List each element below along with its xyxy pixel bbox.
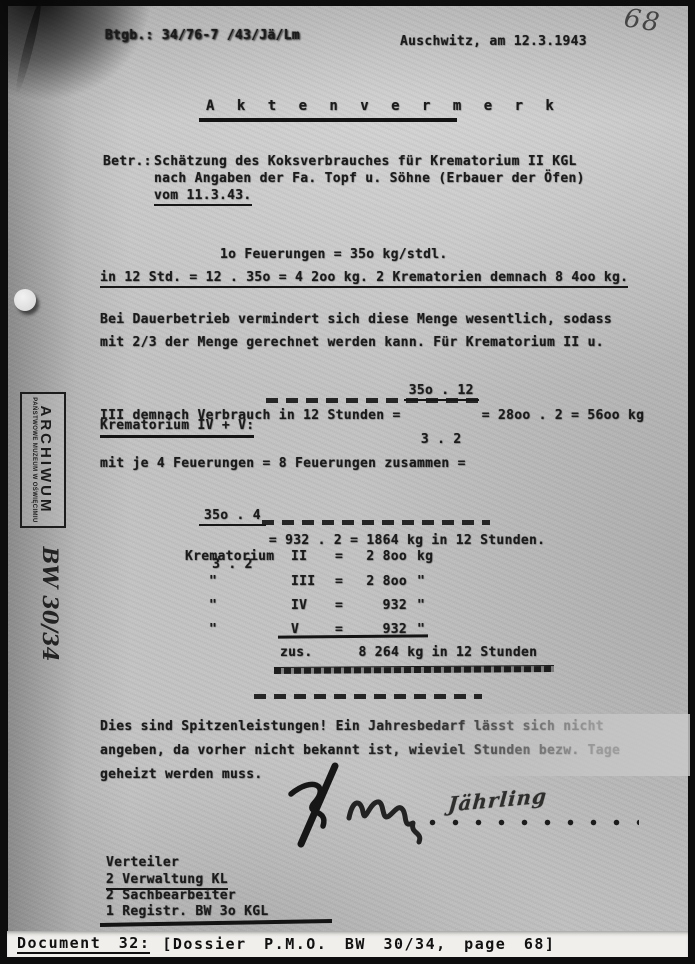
row-label: Krematorium [185, 549, 291, 564]
document-title: A k t e n v e r m e r k [206, 98, 561, 114]
registry-number: Btgb.: 34/76-7 /43/Jä/Lm [105, 28, 300, 43]
subject-line-1: Schätzung des Koksverbrauches für Kremat… [154, 154, 577, 169]
row-label-ditto: " [185, 598, 291, 613]
row-label-ditto: " [185, 622, 291, 637]
subject-line-2: nach Angaben der Fa. Topf u. Söhne (Erba… [154, 171, 585, 186]
row-unit-ditto: " [407, 574, 425, 589]
dashed-separator-1 [266, 398, 484, 403]
fraction-1-denominator: 3 . 2 [404, 431, 479, 447]
row-value: 2 8oo [357, 549, 407, 564]
caption-text: [Dossier P.M.O. BW 30/34, page 68] [162, 935, 555, 953]
calc-line-2: in 12 Std. = 12 . 35o = 4 2oo kg. 2 Krem… [100, 270, 628, 288]
sum-label: zus. [280, 645, 313, 660]
paragraph2-line-2: angeben, da vorher nicht bekannt ist, wi… [100, 743, 620, 758]
sum-row: zus. 8 264 kg in 12 Stunden [280, 645, 537, 660]
subject-label: Betr.: [103, 154, 152, 169]
table-row: " III = 2 8oo " [185, 574, 425, 589]
row-label-ditto: " [185, 574, 291, 589]
sum-double-underline [274, 665, 554, 674]
signature-dotted-line [421, 819, 639, 826]
paragraph1-line-1: Bei Dauerbetrieb vermindert sich diese M… [100, 312, 612, 327]
signature-initials-scribble [273, 762, 448, 857]
distribution-item: 1 Registr. BW 3o KGL [106, 904, 269, 919]
signature-name: Jährling [447, 784, 548, 817]
place-date-line: Auschwitz, am 12.3.1943 [400, 34, 587, 49]
distribution-item: 2 Sachbearbeiter [106, 888, 236, 903]
archive-stamp-title: ARCHIWUM [38, 406, 55, 515]
section2-heading: Krematorium IV + V: [100, 418, 254, 438]
row-value: 2 8oo [357, 574, 407, 589]
subject-line-3: vom 11.3.43. [154, 188, 252, 206]
equals-sign: = [335, 574, 357, 589]
dashed-separator-2 [262, 520, 490, 525]
document-scan: ARCHIWUM PAŃSTWOWE MUZEUM W OŚWIĘCIMIU B… [0, 0, 695, 964]
row-crematorium-numeral: IV [291, 598, 335, 613]
row-value: 932 [357, 598, 407, 613]
equals-sign: = [335, 549, 357, 564]
row-crematorium-numeral: III [291, 574, 335, 589]
paragraph1-line-3-suffix: = 28oo . 2 = 56oo kg [482, 408, 645, 423]
row-crematorium-numeral: II [291, 549, 335, 564]
row-unit-ditto: " [407, 598, 425, 613]
paper-background: ARCHIWUM PAŃSTWOWE MUZEUM W OŚWIĘCIMIU B… [8, 6, 688, 957]
paragraph2-line-3: geheizt werden muss. [100, 767, 263, 782]
caption-strip: Document 32: [Dossier P.M.O. BW 30/34, p… [7, 931, 688, 957]
table-row: " IV = 932 " [185, 598, 425, 613]
title-underline [199, 118, 457, 122]
archive-stamp: ARCHIWUM PAŃSTWOWE MUZEUM W OŚWIĘCIMIU [20, 392, 66, 528]
punch-hole [14, 289, 36, 311]
paragraph1-line-2: mit 2/3 der Menge gerechnet werden kann.… [100, 335, 604, 350]
dashed-separator-3 [254, 694, 482, 699]
sum-value: 8 264 kg in 12 Stunden [359, 645, 538, 660]
paragraph2-line-1: Dies sind Spitzenleistungen! Ein Jahresb… [100, 719, 604, 734]
fraction-2-numerator: 35o . 4 [199, 508, 266, 526]
caption-label: Document 32: [17, 934, 150, 954]
equals-sign: = [335, 598, 357, 613]
archive-stamp-subtitle: PAŃSTWOWE MUZEUM W OŚWIĘCIMIU [32, 397, 38, 522]
section2-result: = 932 . 2 = 1864 kg in 12 Stunden. [269, 533, 545, 548]
handwritten-page-number: 68 [622, 3, 663, 38]
archive-reference-handwriting: BW 30/34 [33, 542, 63, 666]
table-row: Krematorium II = 2 8oo kg [185, 549, 433, 564]
distribution-heading: Verteiler [106, 855, 179, 870]
sum-rule [278, 634, 428, 638]
calc-line-1: 1o Feuerungen = 35o kg/stdl. [220, 247, 448, 262]
row-unit: kg [407, 549, 433, 564]
section2-line-1: mit je 4 Feuerungen = 8 Feuerungen zusam… [100, 456, 466, 471]
distribution-underline [100, 919, 332, 927]
